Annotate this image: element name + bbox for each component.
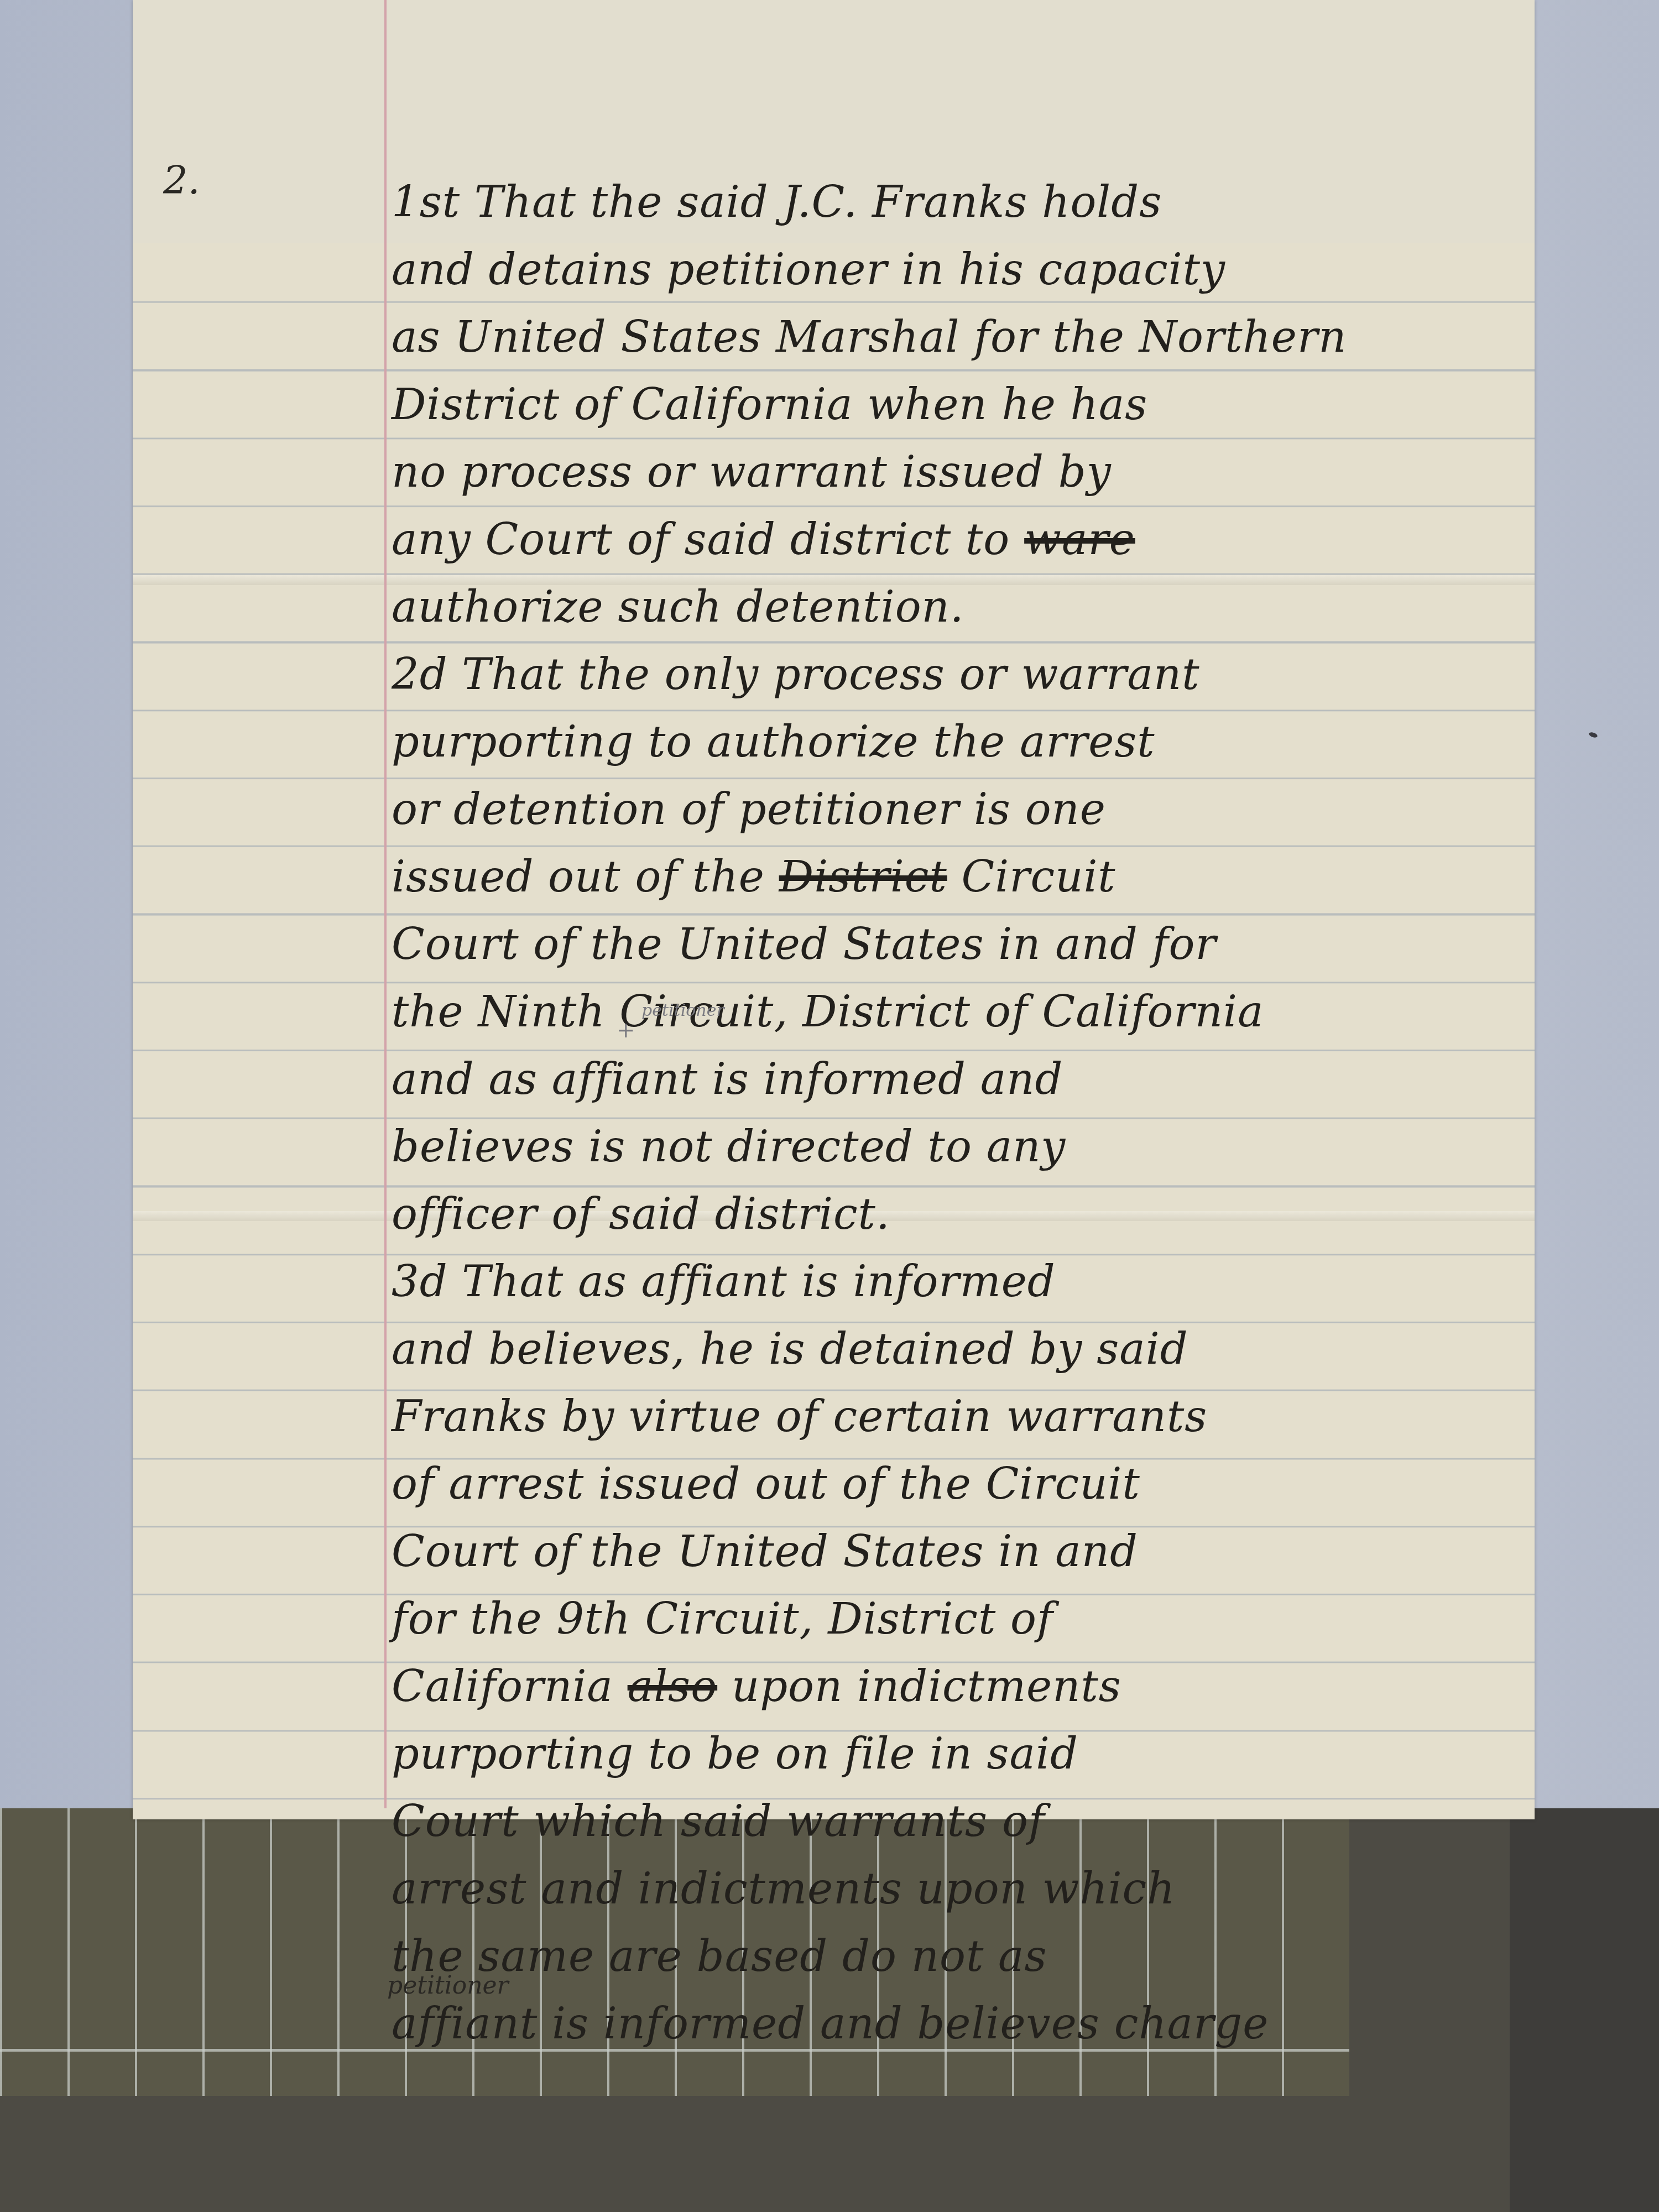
cutting-mat-edge (1510, 1808, 1659, 2212)
text-line: Court of the United States in and for (387, 911, 1526, 978)
text-line: and detains petitioner in his capacity (387, 236, 1526, 304)
text-line: District of California when he has (387, 371, 1526, 439)
text-line: affiant is informed and believes charge (387, 1990, 1526, 2058)
text-line: purporting to be on file in said (387, 1720, 1526, 1788)
text-line: Franks by virtue of certain warrants (387, 1383, 1526, 1451)
text-line: Court of the United States in and (387, 1518, 1526, 1585)
text-line: of arrest issued out of the Circuit (387, 1451, 1526, 1518)
text-line: or detention of petitioner is one (387, 776, 1526, 843)
text-line: authorize such detention. (387, 573, 1526, 641)
insertion-caret: + (617, 1018, 635, 1043)
handwritten-text: 1st That the said J.C. Franks holds and … (387, 169, 1526, 2058)
ink-annotation: petitioner (387, 1971, 509, 2000)
struck-word: District (779, 852, 947, 902)
text-line: and believes, he is detained by said (387, 1316, 1526, 1383)
text-line: purporting to authorize the arrest (387, 708, 1526, 776)
text-line: 2d That the only process or warrant (387, 641, 1526, 708)
text-line: and as affiant is informed and (387, 1046, 1526, 1113)
text-line: believes is not directed to any (387, 1113, 1526, 1181)
struck-word: ware (1024, 515, 1135, 565)
margin-rule (384, 0, 387, 1808)
text-line: officer of said district. (387, 1181, 1526, 1248)
page-number: 2. (163, 158, 200, 203)
text-line: any Court of said district to ware (387, 506, 1526, 573)
text-line: the Ninth Circuit, District of Californi… (387, 978, 1526, 1046)
text-line: 1st That the said J.C. Franks holds (387, 169, 1526, 236)
text-line: California also upon indictments (387, 1653, 1526, 1720)
struck-word: also (628, 1662, 717, 1712)
text-line: 3d That as affiant is informed (387, 1248, 1526, 1316)
text-line: no process or warrant issued by (387, 439, 1526, 506)
text-line: arrest and indictments upon which (387, 1855, 1526, 1923)
text-line: for the 9th Circuit, District of (387, 1585, 1526, 1653)
text-line: Court which said warrants of (387, 1788, 1526, 1855)
pencil-annotation: petitioner (641, 1001, 724, 1020)
text-line: issued out of the District Circuit (387, 843, 1526, 911)
text-line: the same are based do not as (387, 1923, 1526, 1990)
text-line: as United States Marshal for the Norther… (387, 304, 1526, 371)
